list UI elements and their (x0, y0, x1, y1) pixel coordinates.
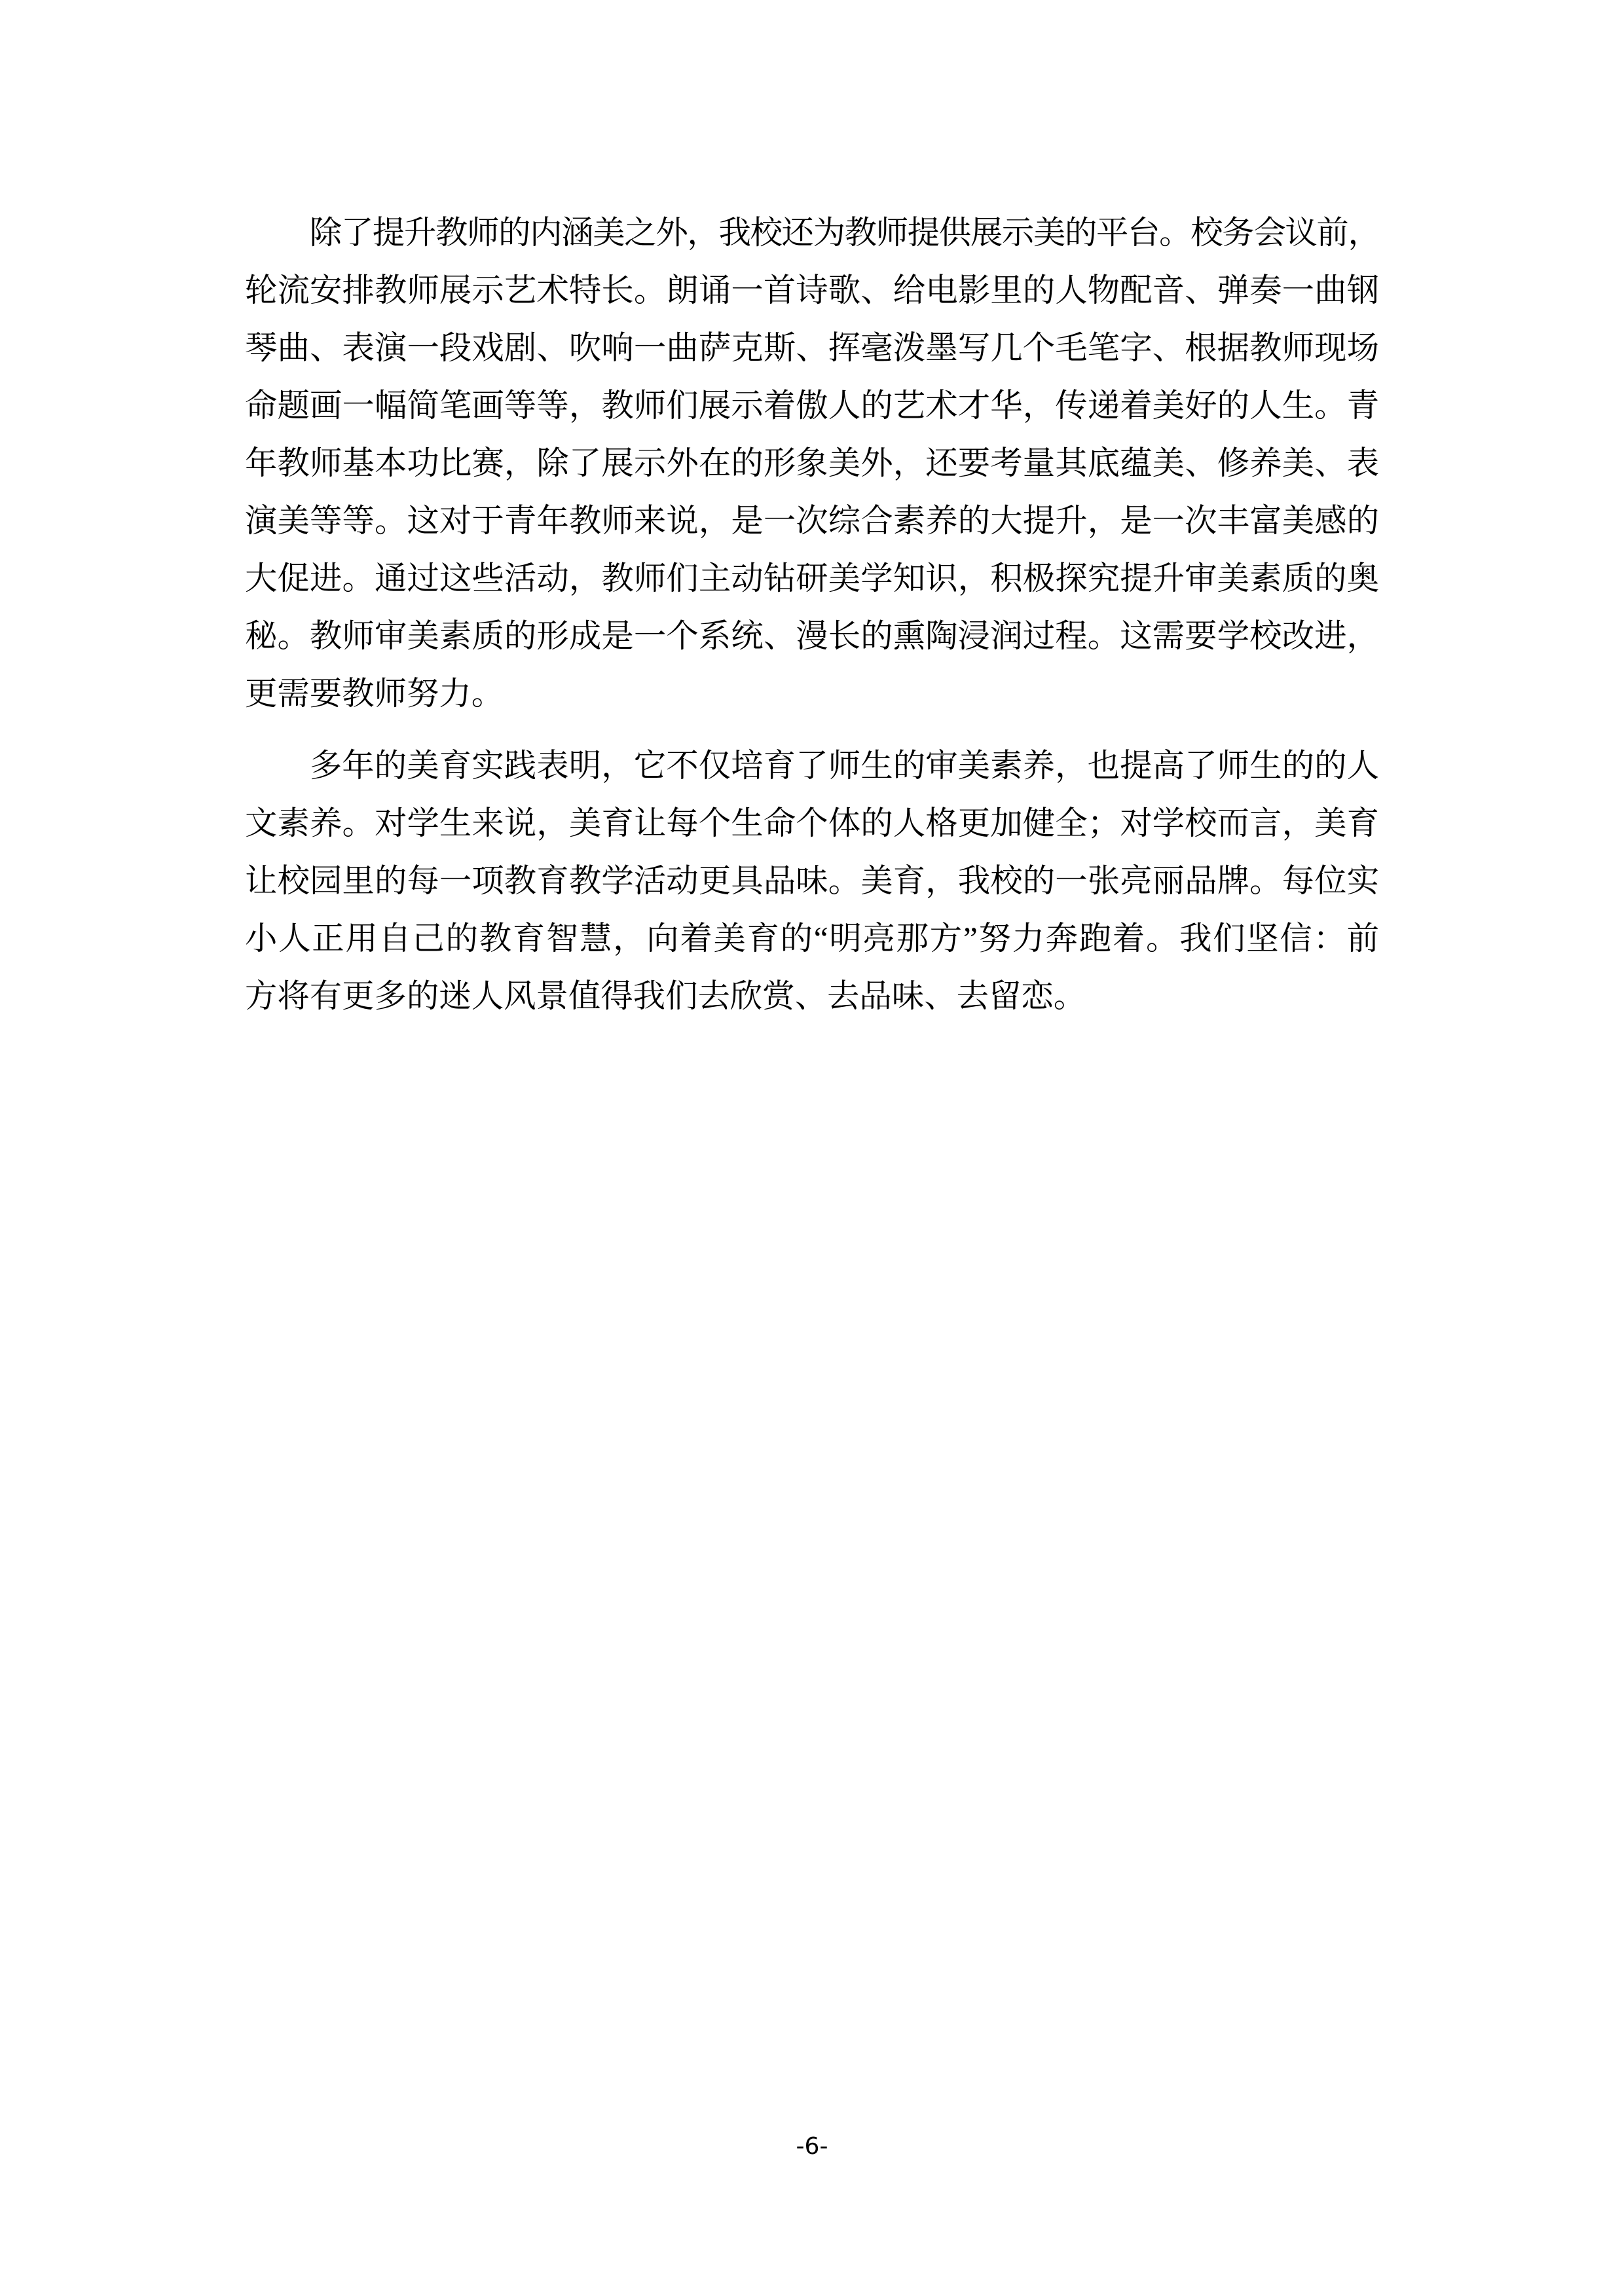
page-footer: -6- (0, 2133, 1624, 2160)
paragraph: 多年的美育实践表明，它不仅培育了师生的审美素养，也提高了师生的的人文素养。对学生… (245, 737, 1379, 1025)
paragraph: 除了提升教师的内涵美之外，我校还为教师提供展示美的平台。校务会议前，轮流安排教师… (245, 204, 1379, 723)
page-number: -6- (796, 2133, 828, 2160)
document-page: 除了提升教师的内涵美之外，我校还为教师提供展示美的平台。校务会议前，轮流安排教师… (0, 0, 1624, 2296)
text-line: 文素养。对学生来说，美育让每个生命个体的人格更加健全；对学校而言，美育 (245, 795, 1379, 852)
document-body: 除了提升教师的内涵美之外，我校还为教师提供展示美的平台。校务会议前，轮流安排教师… (245, 204, 1379, 1025)
text-line: 秘。教师审美素质的形成是一个系统、漫长的熏陶浸润过程。这需要学校改进， (245, 608, 1379, 665)
text-line: 更需要教师努力。 (245, 665, 1379, 723)
text-line: 轮流安排教师展示艺术特长。朗诵一首诗歌、给电影里的人物配音、弹奏一曲钢 (245, 262, 1379, 319)
text-line: 让校园里的每一项教育教学活动更具品味。美育，我校的一张亮丽品牌。每位实 (245, 852, 1379, 910)
text-line: 除了提升教师的内涵美之外，我校还为教师提供展示美的平台。校务会议前， (245, 204, 1379, 262)
text-line: 小人正用自己的教育智慧，向着美育的“明亮那方”努力奔跑着。我们坚信：前 (245, 910, 1379, 968)
text-line: 年教师基本功比赛，除了展示外在的形象美外，还要考量其底蕴美、修养美、表 (245, 435, 1379, 492)
text-line: 命题画一幅简笔画等等，教师们展示着傲人的艺术才华，传递着美好的人生。青 (245, 377, 1379, 435)
text-line: 方将有更多的迷人风景值得我们去欣赏、去品味、去留恋。 (245, 968, 1379, 1025)
text-line: 演美等等。这对于青年教师来说，是一次综合素养的大提升，是一次丰富美感的 (245, 492, 1379, 550)
text-line: 大促进。通过这些活动，教师们主动钻研美学知识，积极探究提升审美素质的奥 (245, 550, 1379, 608)
text-line: 多年的美育实践表明，它不仅培育了师生的审美素养，也提高了师生的的人 (245, 737, 1379, 795)
text-line: 琴曲、表演一段戏剧、吹响一曲萨克斯、挥毫泼墨写几个毛笔字、根据教师现场 (245, 319, 1379, 377)
